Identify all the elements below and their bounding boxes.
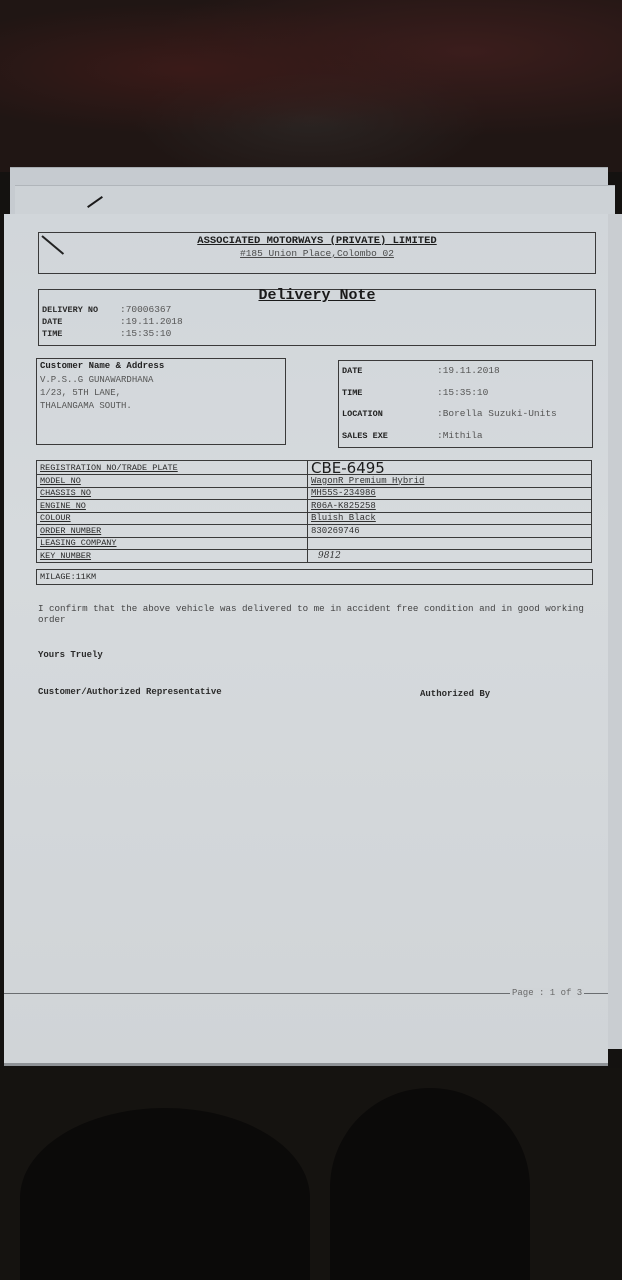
date-field: DATE:19.11.2018	[42, 316, 183, 327]
info-date: DATE:19.11.2018	[342, 365, 500, 376]
vehicle-details-table: REGISTRATION NO/TRADE PLATE CBE-6495 MOD…	[36, 460, 592, 563]
table-row: MODEL NO WagonR Premium Hybrid	[37, 475, 592, 488]
engine-value: R06A-K825258	[308, 500, 592, 513]
customer-box: Customer Name & Address V.P.S..G GUNAWAR…	[36, 358, 286, 445]
background-fabric	[0, 0, 622, 172]
info-time: TIME:15:35:10	[342, 387, 488, 398]
company-name: ASSOCIATED MOTORWAYS (PRIVATE) LIMITED	[39, 235, 595, 247]
closing-text: Yours Truely	[38, 650, 103, 660]
company-address: #185 Union Place,Colombo 02	[39, 248, 595, 259]
page-number: Page : 1 of 3	[510, 988, 584, 998]
customer-name: V.P.S..G GUNAWARDHANA	[40, 375, 153, 385]
leasing-company-label: LEASING COMPANY	[37, 537, 308, 550]
table-row: ORDER NUMBER 830269746	[37, 525, 592, 538]
table-row: KEY NUMBER 9812	[37, 550, 592, 563]
milage-value: MILAGE:11KM	[40, 572, 96, 582]
delivery-info-box: DATE:19.11.2018 TIME:15:35:10 LOCATION:B…	[338, 360, 593, 448]
customer-title: Customer Name & Address	[40, 361, 164, 371]
table-row: ENGINE NO R06A-K825258	[37, 500, 592, 513]
time-field: TIME:15:35:10	[42, 328, 171, 339]
shadow-right	[330, 1088, 530, 1280]
order-number-label: ORDER NUMBER	[37, 525, 308, 538]
table-row: CHASSIS NO MH55S-234986	[37, 487, 592, 500]
registration-value: CBE-6495	[308, 461, 592, 475]
customer-address-line-1: 1/23, 5TH LANE,	[40, 388, 121, 398]
shadow-left	[20, 1108, 310, 1280]
confirmation-statement: I confirm that the above vehicle was del…	[38, 603, 598, 625]
authorized-by-label: Authorized By	[420, 689, 490, 699]
customer-address-line-2: THALANGAMA SOUTH.	[40, 401, 132, 411]
order-number-value: 830269746	[308, 525, 592, 538]
milage-box: MILAGE:11KM	[36, 569, 593, 585]
key-number-handwritten: 9812	[308, 550, 592, 563]
company-header: ASSOCIATED MOTORWAYS (PRIVATE) LIMITED #…	[38, 232, 596, 274]
paper-bottom-edge	[4, 1063, 608, 1066]
engine-label: ENGINE NO	[37, 500, 308, 513]
delivery-note-header: Delivery Note DELIVERY NO:70006367 DATE:…	[38, 289, 596, 346]
model-label: MODEL NO	[37, 475, 308, 488]
chassis-value: MH55S-234986	[308, 487, 592, 500]
table-row: COLOUR Bluish Black	[37, 512, 592, 525]
info-sales-exe: SALES EXE:Mithila	[342, 430, 483, 441]
table-row: REGISTRATION NO/TRADE PLATE CBE-6495	[37, 461, 592, 475]
delivery-note-page: ASSOCIATED MOTORWAYS (PRIVATE) LIMITED #…	[4, 214, 608, 1066]
chassis-label: CHASSIS NO	[37, 487, 308, 500]
model-value: WagonR Premium Hybrid	[308, 475, 592, 488]
background-floor	[0, 1068, 622, 1280]
underlying-sheet-edge	[608, 214, 622, 1049]
delivery-no-field: DELIVERY NO:70006367	[42, 304, 171, 315]
customer-signature-label: Customer/Authorized Representative	[38, 687, 222, 697]
registration-label: REGISTRATION NO/TRADE PLATE	[37, 461, 308, 475]
document-title: Delivery Note	[39, 287, 595, 304]
table-row: LEASING COMPANY	[37, 537, 592, 550]
key-number-label: KEY NUMBER	[37, 550, 308, 563]
leasing-company-value	[308, 537, 592, 550]
colour-label: COLOUR	[37, 512, 308, 525]
info-location: LOCATION:Borella Suzuki-Units	[342, 408, 557, 419]
colour-value: Bluish Black	[308, 512, 592, 525]
